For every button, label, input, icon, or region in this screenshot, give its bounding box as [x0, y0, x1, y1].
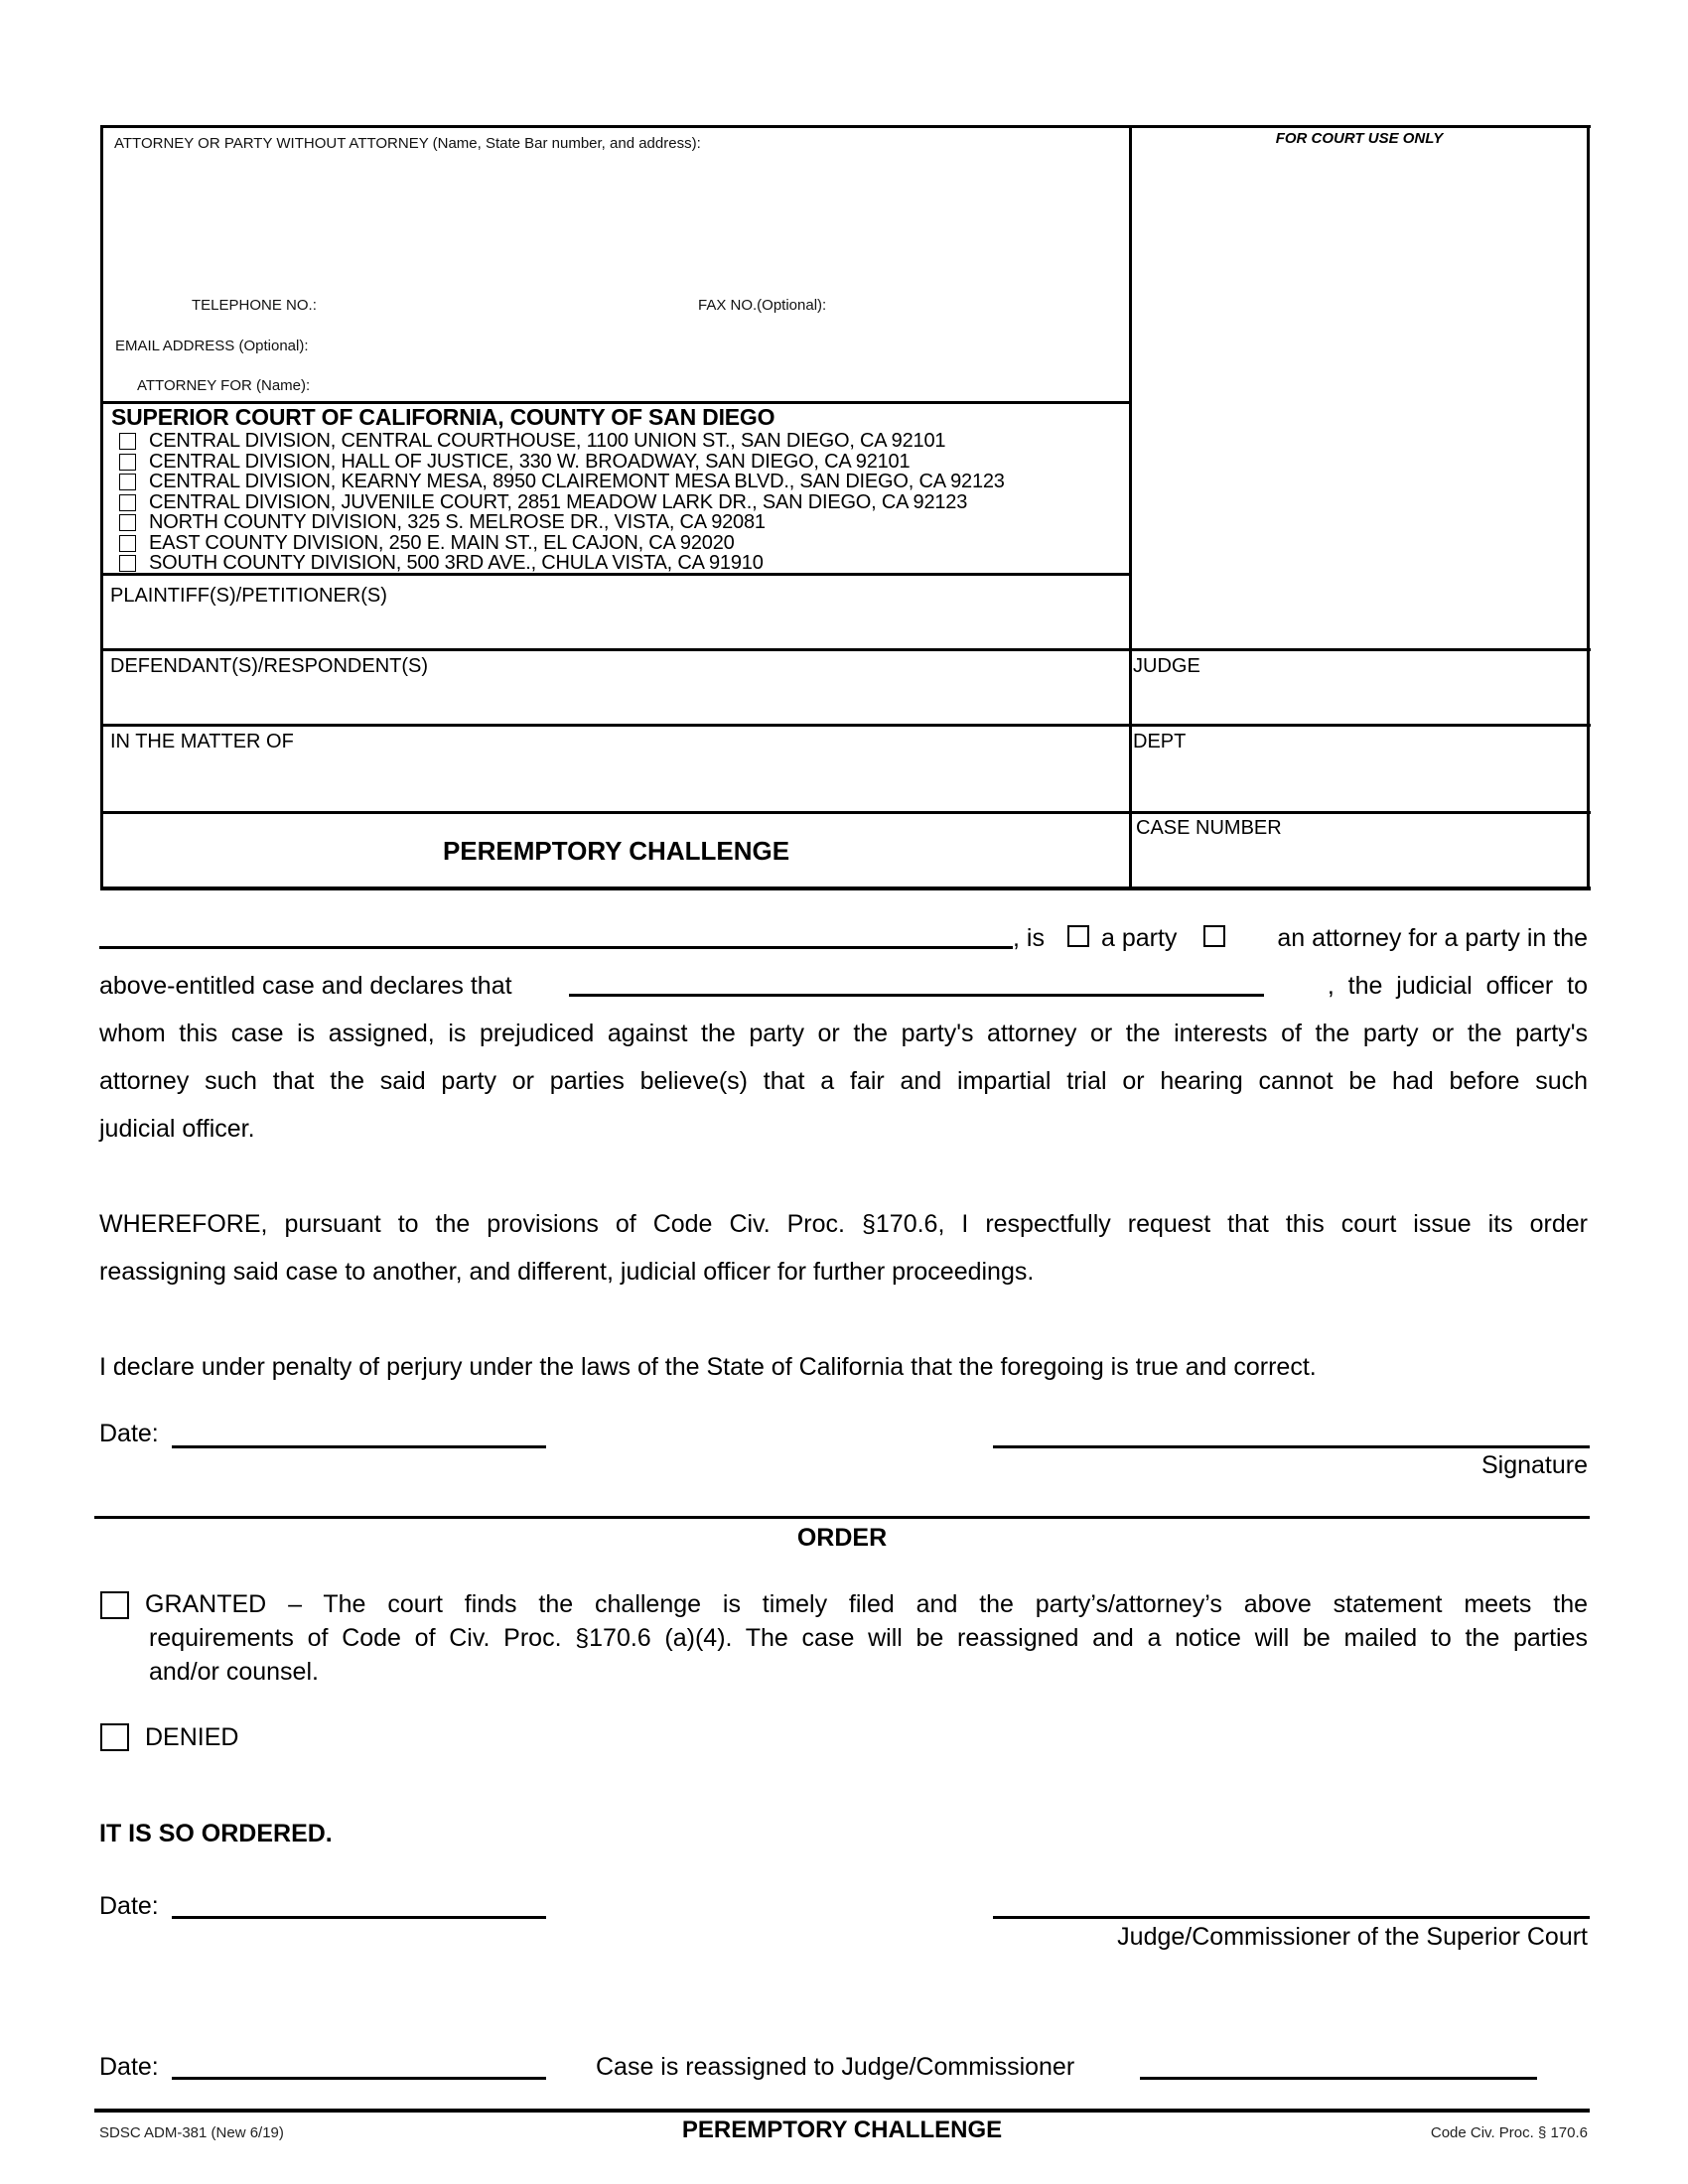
court-location-label: CENTRAL DIVISION, KEARNY MESA, 8950 CLAI…: [149, 472, 1005, 491]
court-location-checkbox[interactable]: [119, 433, 136, 450]
court-use-only-label: FOR COURT USE ONLY: [1132, 130, 1587, 147]
court-location-checkbox[interactable]: [119, 454, 136, 471]
court-location-label: NORTH COUNTY DIVISION, 325 S. MELROSE DR…: [149, 512, 766, 532]
declaration-line: attorney such that the said party or par…: [99, 1057, 1588, 1105]
matter-label: IN THE MATTER OF: [110, 731, 294, 753]
court-location-label: CENTRAL DIVISION, HALL OF JUSTICE, 330 W…: [149, 452, 910, 472]
wherefore-line: reassigning said case to another, and di…: [99, 1248, 1034, 1296]
plaintiff-field[interactable]: [109, 608, 1122, 643]
order-divider: [94, 1516, 1590, 1519]
judge-signature-field[interactable]: [993, 1916, 1590, 1919]
perjury-statement: I declare under penalty of perjury under…: [99, 1343, 1317, 1391]
dept-label: DEPT: [1133, 731, 1186, 753]
matter-field[interactable]: [109, 754, 1122, 806]
fax-label: FAX NO.(Optional):: [698, 297, 826, 314]
court-title: SUPERIOR COURT OF CALIFORNIA, COUNTY OF …: [111, 404, 774, 431]
caption-top-border: [100, 125, 1591, 128]
granted-line: and/or counsel.: [149, 1655, 319, 1689]
judicial-officer-field[interactable]: [569, 994, 1264, 997]
denied-label: DENIED: [145, 1720, 238, 1754]
telephone-field[interactable]: [333, 294, 680, 316]
attorney-option-label: an attorney for a party in the: [1244, 914, 1588, 962]
case-number-field[interactable]: [1137, 842, 1584, 884]
wherefore-line: WHEREFORE, pursuant to the provisions of…: [99, 1200, 1588, 1248]
case-number-label: CASE NUMBER: [1136, 817, 1282, 840]
row-divider: [100, 648, 1591, 651]
order-heading: ORDER: [94, 1524, 1590, 1553]
court-location-checkbox[interactable]: [119, 535, 136, 552]
attorney-for-field[interactable]: [333, 374, 1122, 396]
order-date-field[interactable]: [172, 1916, 546, 1919]
declaration-line: whom this case is assigned, is prejudice…: [99, 1010, 1588, 1057]
court-location-label: SOUTH COUNTY DIVISION, 500 3RD AVE., CHU…: [149, 553, 764, 573]
telephone-label: TELEPHONE NO.:: [192, 297, 317, 314]
attorney-checkbox[interactable]: [1203, 925, 1225, 947]
court-location-label: EAST COUNTY DIVISION, 250 E. MAIN ST., E…: [149, 533, 735, 553]
court-location-checkbox[interactable]: [119, 555, 136, 572]
court-location-checkbox[interactable]: [119, 514, 136, 531]
date-label: Date:: [99, 1410, 159, 1457]
granted-line: GRANTED – The court finds the challenge …: [145, 1587, 1588, 1621]
so-ordered: IT IS SO ORDERED.: [99, 1820, 333, 1848]
judge-signature-label: Judge/Commissioner of the Superior Court: [993, 1923, 1588, 1952]
form-title: PEREMPTORY CHALLENGE: [103, 836, 1129, 867]
granted-line: requirements of Code of Civ. Proc. §170.…: [149, 1621, 1588, 1655]
caption-right-border: [1587, 125, 1590, 889]
order-date-label: Date:: [99, 1882, 159, 1930]
attorney-name-field[interactable]: [109, 157, 1122, 291]
granted-checkbox[interactable]: [100, 1591, 129, 1619]
attorney-for-label: ATTORNEY FOR (Name):: [137, 377, 310, 394]
signature-field[interactable]: [993, 1445, 1590, 1448]
reassign-date-field[interactable]: [172, 2077, 546, 2080]
judicial-officer-text: , the judicial officer to: [1264, 962, 1588, 1010]
reassigned-label: Case is reassigned to Judge/Commissioner: [596, 2043, 1074, 2091]
caption-column-divider: [1129, 125, 1132, 889]
caption-bottom-border: [100, 887, 1591, 890]
footer-rule: [94, 2109, 1590, 2113]
court-location-checkbox[interactable]: [119, 474, 136, 490]
party-option-label: a party: [1101, 914, 1177, 962]
dept-field[interactable]: [1137, 754, 1584, 806]
court-location-checkbox[interactable]: [119, 494, 136, 511]
defendant-field[interactable]: [109, 679, 1122, 719]
attorney-label: ATTORNEY OR PARTY WITHOUT ATTORNEY (Name…: [114, 135, 701, 152]
caption-left-border: [100, 125, 103, 889]
row-divider: [100, 724, 1591, 727]
email-field[interactable]: [338, 335, 1122, 356]
judge-label: JUDGE: [1133, 655, 1200, 678]
court-location-label: CENTRAL DIVISION, CENTRAL COURTHOUSE, 11…: [149, 431, 945, 451]
fax-field[interactable]: [844, 294, 1122, 316]
judge-field[interactable]: [1137, 679, 1584, 719]
email-label: EMAIL ADDRESS (Optional):: [115, 338, 309, 354]
is-text: , is: [1013, 914, 1045, 962]
declaration-line: judicial officer.: [99, 1105, 255, 1153]
court-location-label: CENTRAL DIVISION, JUVENILE COURT, 2851 M…: [149, 492, 967, 512]
plaintiff-label: PLAINTIFF(S)/PETITIONER(S): [110, 585, 387, 608]
row-divider: [100, 811, 1591, 814]
signature-label: Signature: [1291, 1451, 1588, 1480]
denied-checkbox[interactable]: [100, 1723, 129, 1751]
declaration-date-field[interactable]: [172, 1445, 546, 1448]
party-checkbox[interactable]: [1067, 925, 1089, 947]
reassigned-judge-field[interactable]: [1140, 2077, 1537, 2080]
footer-citation: Code Civ. Proc. § 170.6: [1291, 2124, 1588, 2141]
reassign-date-label: Date:: [99, 2043, 159, 2091]
declarant-name-field[interactable]: [99, 946, 1013, 949]
declares-text: above-entitled case and declares that: [99, 962, 512, 1010]
defendant-label: DEFENDANT(S)/RESPONDENT(S): [110, 655, 428, 678]
